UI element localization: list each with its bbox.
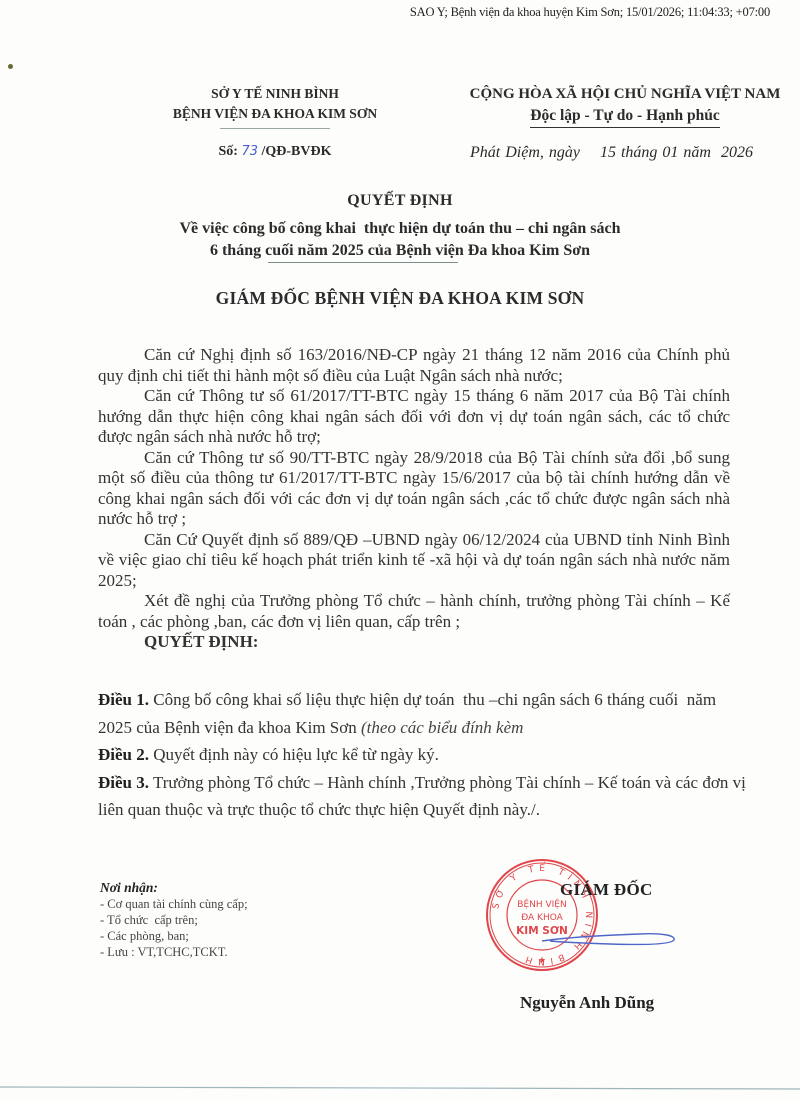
national-name: CỘNG HÒA XÃ HỘI CHỦ NGHĨA VIỆT NAM — [440, 84, 800, 105]
decision-heading: QUYẾT ĐỊNH: — [98, 632, 730, 652]
ground-item: Xét đề nghị của Trưởng phòng Tổ chức – h… — [98, 591, 730, 632]
scan-speck — [8, 64, 13, 69]
article-label: Điều 3. — [98, 773, 149, 792]
national-motto: Độc lập - Tự do - Hạnh phúc — [530, 105, 719, 128]
agency-underline — [220, 128, 330, 129]
ground-item: Căn cứ Thông tư số 61/2017/TT-BTC ngày 1… — [98, 386, 730, 448]
article-text: Trưởng phòng Tổ chức – Hành chính ,Trưởn… — [98, 773, 746, 820]
ground-item: Căn Cứ Quyết định số 889/QĐ –UBND ngày 0… — [98, 530, 730, 592]
digital-copy-stamp: SAO Y; Bệnh viện đa khoa huyện Kim Sơn; … — [0, 5, 770, 20]
doc-number-handwritten: 73 — [241, 144, 258, 159]
svg-text:ĐA KHOA: ĐA KHOA — [521, 913, 563, 923]
ground-item: Căn cứ Nghị định số 163/2016/NĐ-CP ngày … — [98, 345, 730, 386]
svg-text:★: ★ — [538, 955, 546, 965]
signer-name: Nguyễn Anh Dũng — [520, 993, 654, 1013]
issuer-heading: GIÁM ĐỐC BỆNH VIỆN ĐA KHOA KIM SƠN — [0, 288, 800, 309]
subject-line-2: 6 tháng cuối năm 2025 của Bệnh viện Đa k… — [0, 240, 800, 262]
doc-number-suffix: /QĐ-BVĐK — [262, 144, 332, 159]
recipient-item: - Tổ chức cấp trên; — [100, 912, 360, 928]
scan-edge-line — [0, 1086, 800, 1090]
subject-underline — [268, 262, 458, 263]
signature-icon — [540, 925, 680, 955]
national-header: CỘNG HÒA XÃ HỘI CHỦ NGHĨA VIỆT NAM Độc l… — [440, 84, 800, 128]
signer-title: GIÁM ĐỐC — [560, 880, 653, 900]
article-label: Điều 1. — [98, 690, 149, 709]
agency-parent: SỞ Y TẾ NINH BÌNH — [150, 84, 400, 104]
place-date: Phát Diệm, ngày 15 tháng 01 năm 2026 — [470, 144, 753, 162]
subject-line-1: Về việc công bố công khai thực hiện dự t… — [0, 218, 800, 240]
articles: Điều 1. Công bố công khai số liệu thực h… — [98, 686, 748, 824]
recipient-item: - Lưu : VT,TCHC,TCKT. — [100, 944, 360, 960]
document-subject: Về việc công bố công khai thực hiện dự t… — [0, 218, 800, 262]
document-number: Số: 73 /QĐ-BVĐK — [150, 144, 400, 160]
article-label: Điều 2. — [98, 745, 149, 764]
document-title: QUYẾT ĐỊNH — [0, 192, 800, 210]
recipients-block: Nơi nhận: - Cơ quan tài chính cùng cấp; … — [100, 880, 360, 960]
ground-item: Căn cứ Thông tư số 90/TT-BTC ngày 28/9/2… — [98, 448, 730, 530]
recipient-item: - Cơ quan tài chính cùng cấp; — [100, 896, 360, 912]
recipient-item: - Các phòng, ban; — [100, 928, 360, 944]
article-2: Điều 2. Quyết định này có hiệu lực kể từ… — [98, 741, 748, 769]
agency-name: BỆNH VIỆN ĐA KHOA KIM SƠN — [150, 104, 400, 124]
recipients-title: Nơi nhận: — [100, 880, 360, 896]
article-3: Điều 3. Trưởng phòng Tổ chức – Hành chín… — [98, 769, 748, 824]
issuing-agency: SỞ Y TẾ NINH BÌNH BỆNH VIỆN ĐA KHOA KIM … — [150, 84, 400, 129]
doc-number-prefix: Số: — [219, 144, 238, 159]
article-text: Quyết định này có hiệu lực kể từ ngày ký… — [149, 745, 439, 764]
legal-grounds: Căn cứ Nghị định số 163/2016/NĐ-CP ngày … — [98, 345, 730, 652]
article-1: Điều 1. Công bố công khai số liệu thực h… — [98, 686, 748, 741]
official-seal-icon: SỞ Y TẾ TỈNH NINH BÌNH BỆNH VIỆN ĐA KHOA… — [484, 857, 600, 973]
article-note: (theo các biểu đính kèm — [361, 718, 523, 737]
